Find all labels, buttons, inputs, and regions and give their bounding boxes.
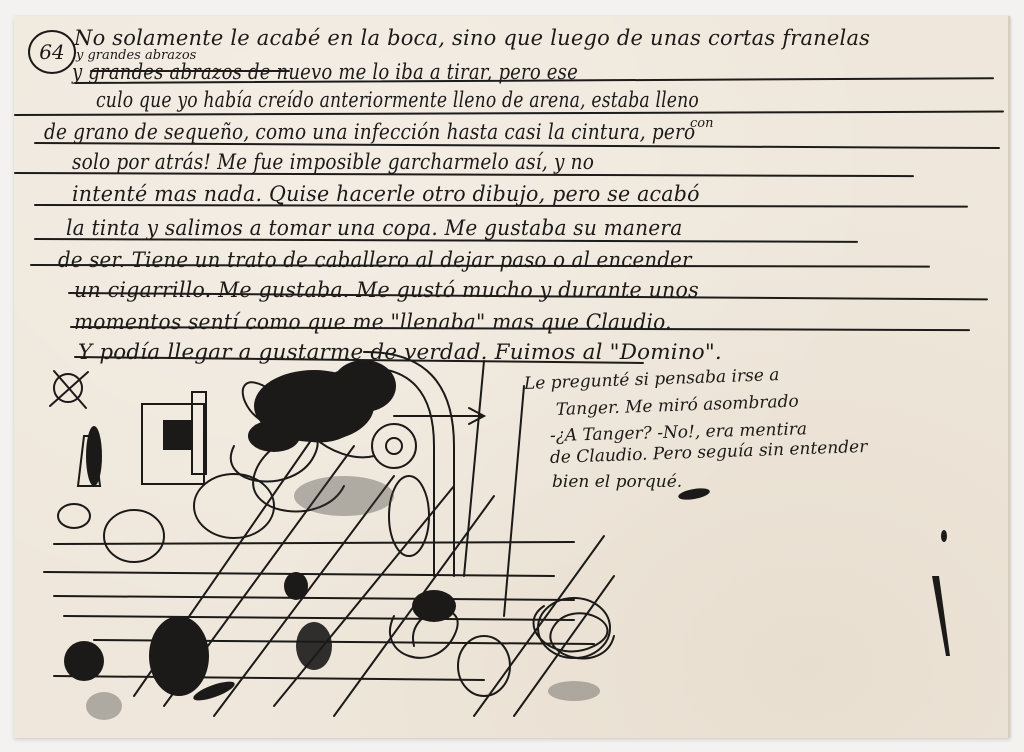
text-line-5: solo por atrás! Me fue imposible garchar…: [72, 150, 594, 174]
text-line-7: la tinta y salimos a tomar una copa. Me …: [66, 216, 682, 240]
side-text-line-5: bien el porqué.: [552, 472, 682, 492]
text-line-1: No solamente le acabé en la boca, sino q…: [74, 26, 870, 50]
text-line-4: de grano de sequeño, como una infección …: [44, 120, 695, 144]
text-line-10: momentos sentí como que me "llenaba" mas…: [74, 310, 672, 334]
text-line-3: culo que yo había creído anteriormente l…: [96, 88, 699, 112]
text-line-8: de ser. Tiene un trato de caballero al d…: [58, 248, 692, 272]
text-line-9: un cigarrillo. Me gustaba. Me gustó much…: [74, 278, 699, 302]
underline-rule: [90, 70, 290, 72]
manuscript-page: 64: [14, 16, 1010, 738]
text-line-6: intenté mas nada. Quise hacerle otro dib…: [72, 182, 700, 206]
